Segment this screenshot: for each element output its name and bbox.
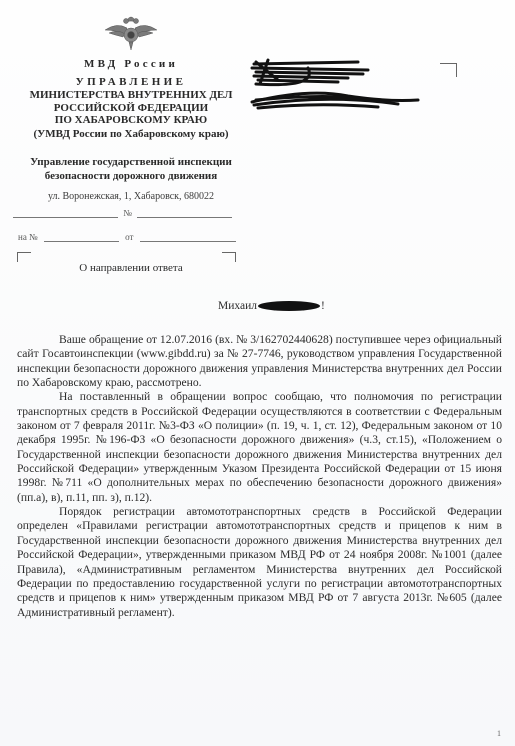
eagle-emblem-icon — [103, 8, 159, 52]
reply-to-label: на № — [18, 232, 38, 242]
greeting: Михаил! — [218, 300, 325, 312]
page-number: 1 — [497, 729, 501, 738]
subject-line: О направлении ответа — [0, 262, 262, 274]
recipient-first-name: Михаил — [218, 300, 257, 312]
document-page: МВД России УПРАВЛЕНИЕ МИНИСТЕРСТВА ВНУТР… — [0, 0, 515, 746]
number-blank — [137, 217, 232, 218]
greeting-suffix: ! — [321, 300, 325, 312]
address: ул. Воронежская, 1, Хабаровск, 680022 — [0, 191, 262, 202]
department-line: РОССИЙСКОЙ ФЕДЕРАЦИИ — [0, 102, 262, 115]
department-line: ПО ХАБАРОВСКОМУ КРАЮ — [0, 114, 262, 127]
from-label: от — [125, 232, 133, 242]
redaction-scribble-recipient — [248, 58, 428, 113]
redaction-scribble-surname — [258, 301, 320, 311]
body-paragraph: Ваше обращение от 12.07.2016 (вх. № 3/16… — [17, 333, 502, 390]
ministry-short-name: МВД России — [0, 58, 262, 70]
outgoing-number-row: № — [13, 208, 232, 218]
department-name: МИНИСТЕРСТВА ВНУТРЕННИХ ДЕЛ РОССИЙСКОЙ Ф… — [0, 89, 262, 140]
body-paragraph: Порядок регистрации автомототранспортных… — [17, 505, 502, 620]
subdivision-line: Управление государственной инспекции — [0, 155, 262, 169]
department-line: МИНИСТЕРСТВА ВНУТРЕННИХ ДЕЛ — [0, 89, 262, 102]
department-line: (УМВД России по Хабаровскому краю) — [0, 128, 262, 141]
reply-to-row: на № от — [18, 232, 236, 242]
recipient-corner-mark — [440, 63, 457, 77]
subdivision-name: Управление государственной инспекции без… — [0, 155, 262, 183]
department-title: УПРАВЛЕНИЕ — [0, 76, 262, 88]
corner-mark-left — [17, 252, 31, 262]
number-label: № — [123, 208, 132, 218]
date-blank — [13, 217, 118, 218]
corner-mark-right — [222, 252, 236, 262]
reply-date-blank — [140, 241, 236, 242]
subdivision-line: безопасности дорожного движения — [0, 169, 262, 183]
body-paragraph: На поставленный в обращении вопрос сообщ… — [17, 390, 502, 505]
letter-body: Ваше обращение от 12.07.2016 (вх. № 3/16… — [17, 333, 502, 620]
reply-number-blank — [44, 241, 119, 242]
